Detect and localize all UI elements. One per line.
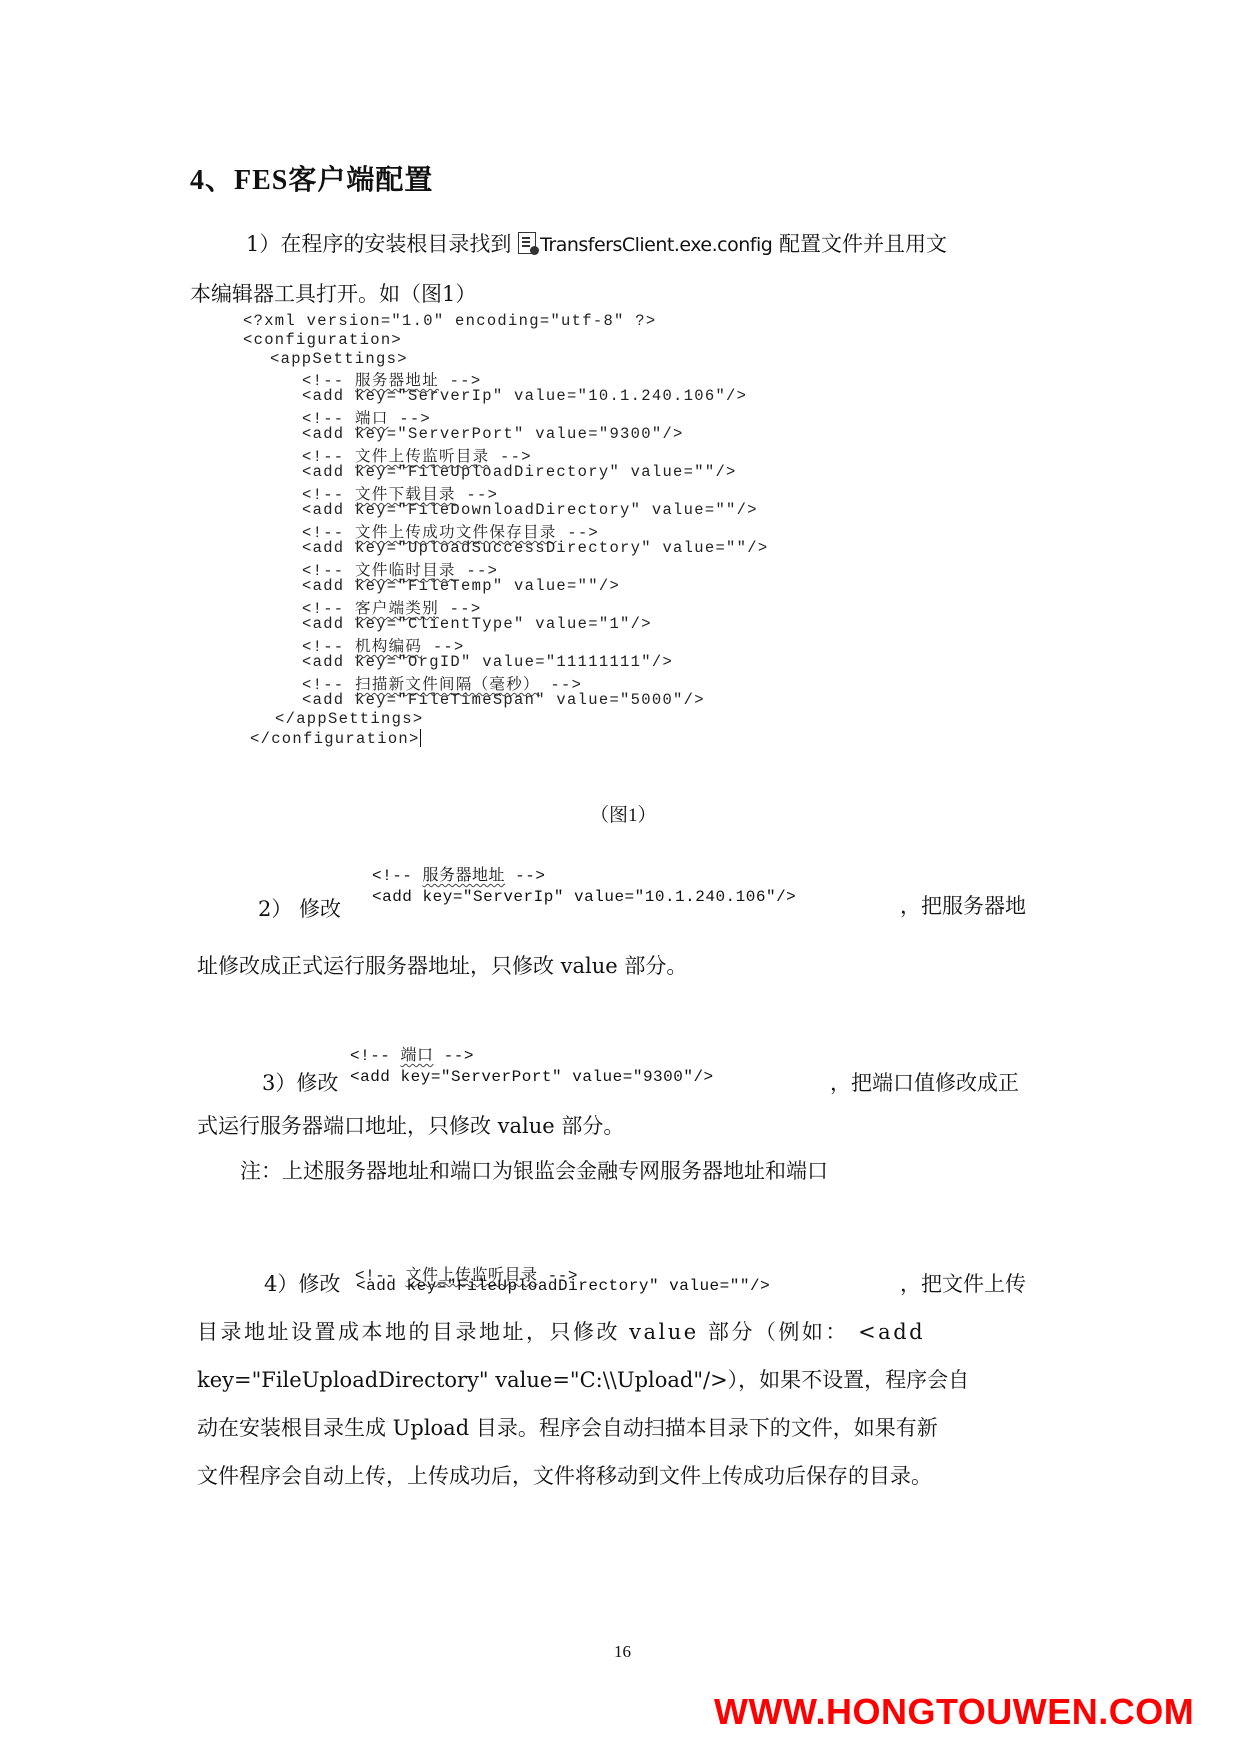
step2-prefix: 2） 修改	[258, 893, 341, 923]
step4-line2: 目录地址设置成本地的目录地址，只修改 value 部分（例如： <add	[197, 1316, 925, 1346]
step3-prefix: 3）修改	[262, 1067, 338, 1097]
code-line: <configuration>	[243, 331, 402, 349]
section-heading: 4、FES客户端配置	[190, 158, 433, 198]
code-line: <?xml version="1.0" encoding="utf-8" ?>	[243, 312, 656, 330]
code-line: <add key="ServerIp" value="10.1.240.106"…	[302, 387, 747, 405]
step3-note: 注：上述服务器地址和端口为银监会金融专网服务器地址和端口	[240, 1155, 828, 1185]
code-line: <add key="OrgID" value="11111111"/>	[302, 653, 673, 671]
code-line: <add key="FileTimeSpan" value="5000"/>	[302, 691, 705, 709]
step4-line4: 动在安装根目录生成 Upload 目录。程序会自动扫描本目录下的文件，如果有新	[197, 1412, 938, 1442]
config-file-icon	[518, 232, 536, 254]
code-line: </configuration>	[250, 729, 421, 748]
code-line: <add key="ServerPort" value="9300"/>	[302, 425, 684, 443]
code-line: </appSettings>	[275, 710, 423, 728]
step3-line2: 式运行服务器端口地址，只修改 value 部分。	[197, 1110, 624, 1140]
step4-line5: 文件程序会自动上传，上传成功后，文件将移动到文件上传成功后保存的目录。	[197, 1460, 932, 1490]
step2-comment: <!-- 服务器地址 -->	[372, 862, 545, 885]
code-line: <add key="FileTemp" value=""/>	[302, 577, 620, 595]
step3-code: <add key="ServerPort" value="9300"/>	[350, 1068, 714, 1086]
code-line: <appSettings>	[270, 350, 408, 368]
step4-code: <add key="FileUploadDirectory" value=""/…	[356, 1277, 770, 1295]
step3-suffix: ，把端口值修改成正	[830, 1067, 1019, 1097]
step1-prefix: 1）在程序的安装根目录找到	[246, 232, 511, 256]
step4-line3: key="FileUploadDirectory" value="C:\\Upl…	[197, 1364, 969, 1394]
step3-comment: <!-- 端口 -->	[350, 1042, 474, 1065]
code-line: <add key="FileUploadDirectory" value=""/…	[302, 463, 737, 481]
code-line: <add key="FileDownloadDirectory" value="…	[302, 501, 758, 519]
config-filename: TransfersClient.exe.config	[540, 234, 772, 256]
watermark-url: WWW.HONGTOUWEN.COM	[714, 1691, 1194, 1733]
step4-suffix: ，把文件上传	[900, 1268, 1026, 1298]
step1-line1: 1）在程序的安装根目录找到 TransfersClient.exe.config…	[246, 228, 947, 258]
figure1-caption: （图1）	[590, 800, 657, 827]
step2-suffix: ，把服务器地	[900, 890, 1026, 920]
step4-prefix: 4）修改	[264, 1268, 340, 1298]
step1-line2: 本编辑器工具打开。如（图1）	[190, 278, 476, 308]
text-cursor	[420, 729, 422, 747]
code-line: <add key="UploadSuccessDirectory" value=…	[302, 539, 768, 557]
page-number: 16	[614, 1642, 631, 1662]
code-line: <add key="ClientType" value="1"/>	[302, 615, 652, 633]
step2-line2: 址修改成正式运行服务器地址，只修改 value 部分。	[197, 950, 687, 980]
step2-code: <add key="ServerIp" value="10.1.240.106"…	[372, 888, 796, 906]
step1-suffix: 配置文件并且用文	[779, 232, 947, 256]
